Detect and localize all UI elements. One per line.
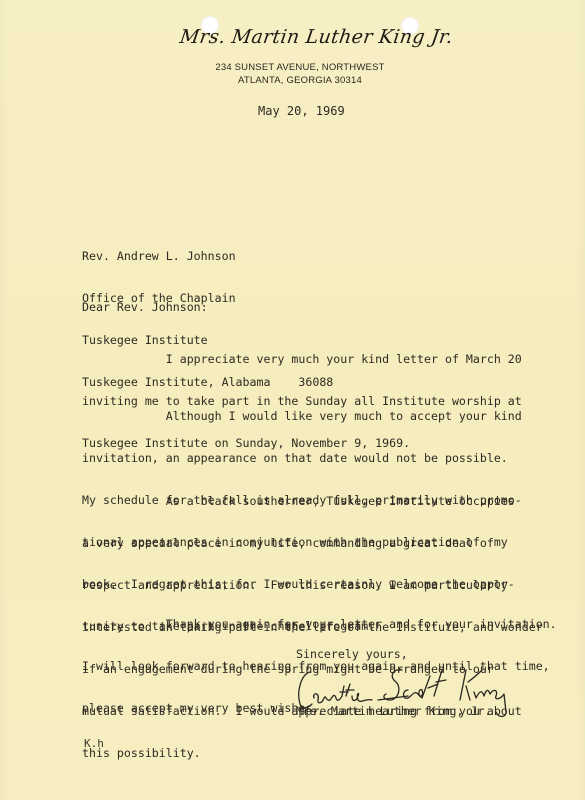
- body-line: this possibility.: [82, 746, 543, 760]
- body-line: invitation, an appearance on that date w…: [82, 451, 522, 465]
- letterhead-address-line-1: 234 SUNSET AVENUE, NORTHWEST: [200, 62, 400, 73]
- letterhead-name: Mrs. Martin Luther King Jr.: [178, 26, 471, 48]
- body-line: As a black southerner, Tuskegee Institut…: [82, 494, 543, 508]
- salutation: Dear Rev. Johnson:: [82, 300, 208, 314]
- recipient-line: Rev. Andrew L. Johnson: [82, 249, 333, 263]
- signer-name: Mrs. Martin Luther King, Jr.: [296, 704, 491, 718]
- body-line: I appreciate very much your kind letter …: [82, 352, 522, 366]
- body-line: a very special place in my life, command…: [82, 536, 543, 550]
- body-line: Although I would like very much to accep…: [82, 409, 522, 423]
- body-line: Thank you again for your letter and for …: [82, 617, 557, 631]
- typist-initials: K.h: [84, 737, 104, 750]
- closing: Sincerely yours,: [296, 647, 408, 661]
- letterhead-address-line-2: ATLANTA, GEORGIA 30314: [200, 75, 400, 86]
- letter-date: May 20, 1969: [258, 104, 345, 118]
